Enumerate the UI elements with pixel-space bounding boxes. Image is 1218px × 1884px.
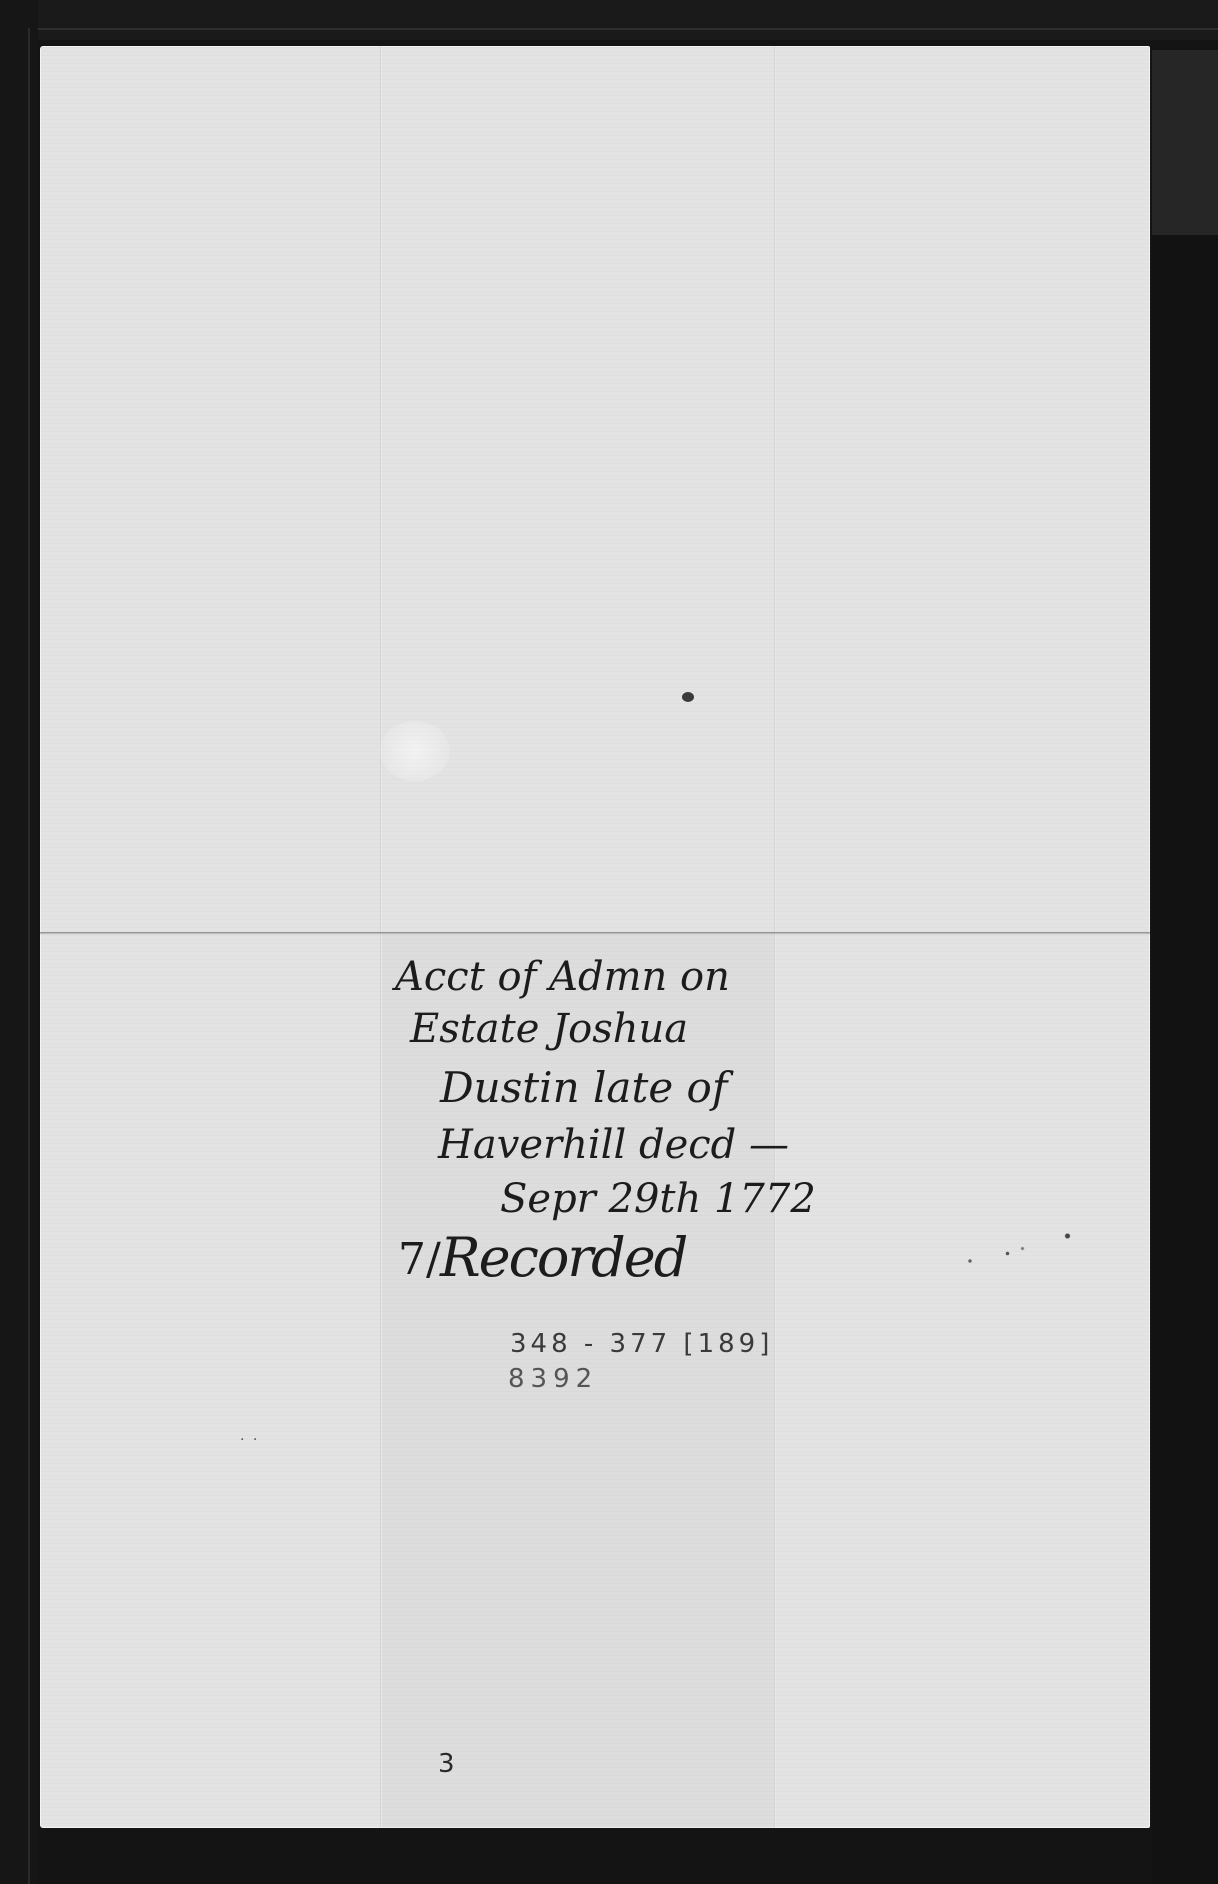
docket-line-1: Acct of Admn on <box>395 954 730 1000</box>
paper-dots: . . <box>240 1428 259 1444</box>
paper-stain <box>380 721 450 781</box>
docket-line-3: Dustin late of <box>440 1063 727 1112</box>
vertical-fold-right <box>774 46 776 1828</box>
document-page: . . Acct of Admn on Estate Joshua Dustin… <box>40 46 1150 1828</box>
scanner-frame-right-upper <box>1152 50 1218 235</box>
vertical-fold-left <box>380 46 382 1828</box>
scanner-frame-right-lower <box>1152 235 1218 1884</box>
fee-mark: 7/ <box>398 1234 441 1285</box>
scanner-frame-top <box>0 0 1218 40</box>
paper-speckles <box>940 1226 1090 1276</box>
pencil-reference: 348 - 377 [189] <box>510 1329 773 1359</box>
scanner-frame-left-rule <box>28 28 30 1884</box>
pencil-file-number: 8392 <box>508 1364 598 1394</box>
page-number: 3 <box>438 1749 455 1779</box>
recorded-stamp: Recorded <box>440 1226 686 1289</box>
horizontal-fold <box>40 932 1150 935</box>
docket-line-2: Estate Joshua <box>410 1006 688 1052</box>
scanner-frame-left <box>0 0 38 1884</box>
docket-line-4: Haverhill decd — <box>438 1122 789 1168</box>
scanner-frame-rule <box>0 28 1218 30</box>
ink-spot <box>682 692 694 702</box>
docket-date: Sepr 29th 1772 <box>500 1176 816 1222</box>
